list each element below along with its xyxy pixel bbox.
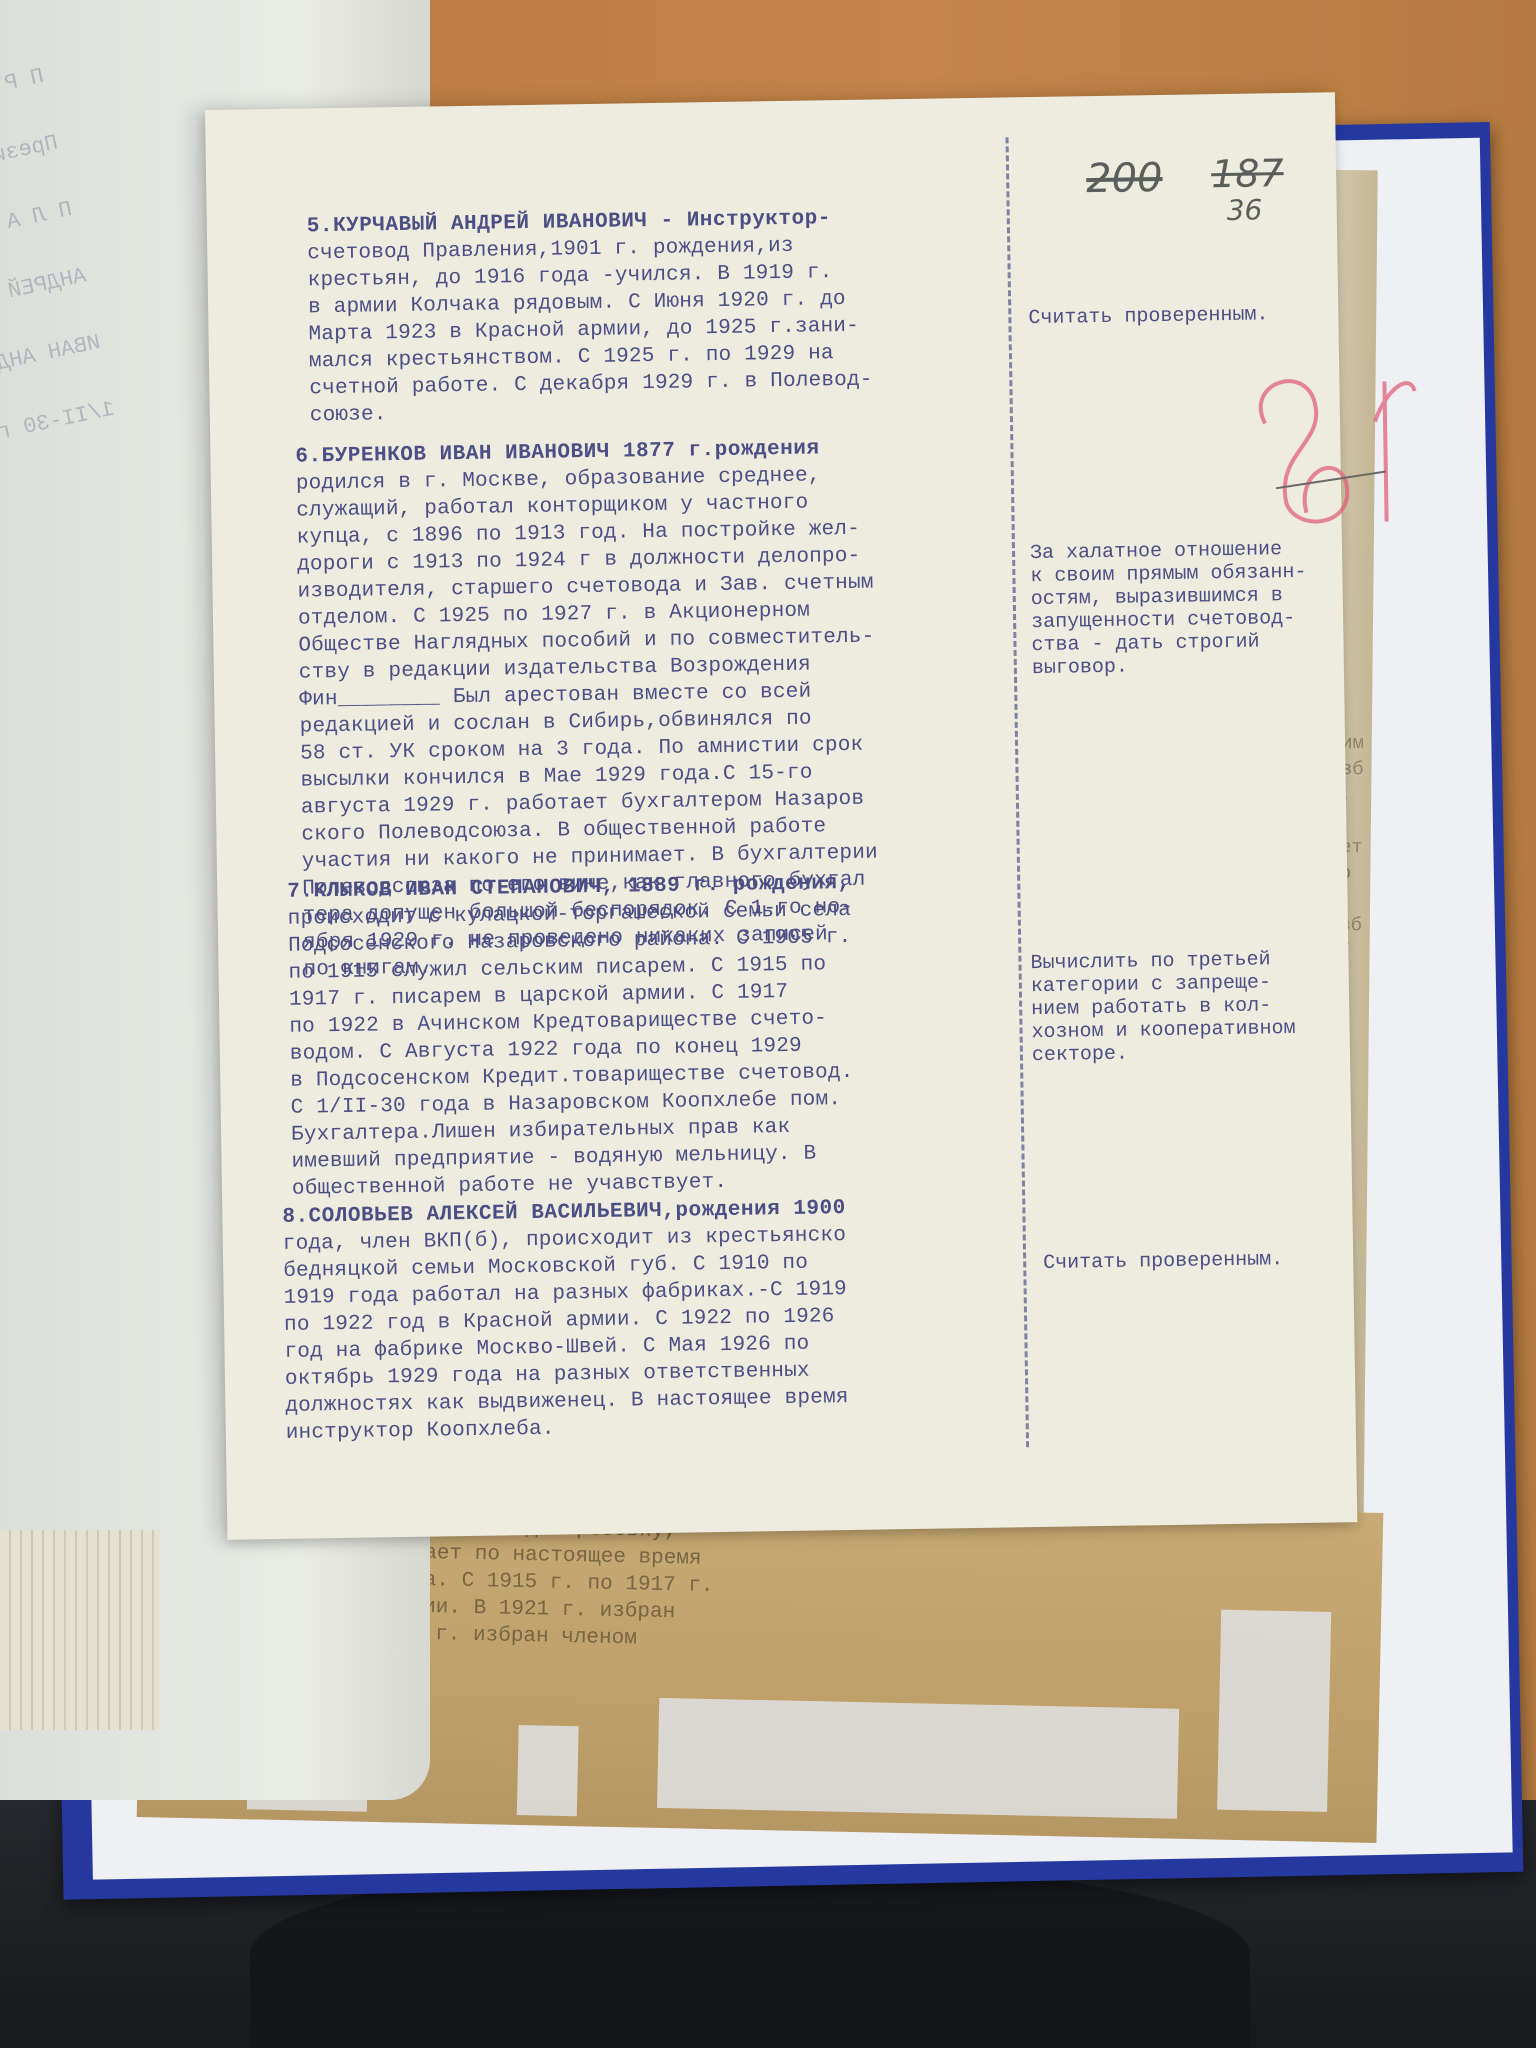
left-page-stack (0, 1530, 160, 1730)
decision-text-line: Считать проверенным. (1028, 302, 1338, 330)
decision-text-line: выговор. (1032, 652, 1342, 680)
decision-text-line: запущенности счетовод- (1031, 606, 1341, 634)
left-page-mirrored-text: П Р И Л О Ж Е Н И Е Президиум П Л А Н : … (0, 60, 118, 478)
column-divider (1006, 137, 1030, 1447)
decision-entry-5: Считать проверенным. (1028, 302, 1338, 330)
decision-text-line: секторе. (1032, 1039, 1342, 1067)
repair-tape (517, 1725, 579, 1816)
decision-text-line: хозном и кооперативном (1031, 1016, 1341, 1044)
pencil-page-number: 36 (1226, 193, 1262, 227)
entry-7-klykov: 7.КЛЫКОВ ИВАН СТЕПАНОВИЧ, 1889 г. рожден… (287, 869, 892, 1202)
repair-tape (657, 1698, 1179, 1819)
pencil-number-crossed-1: 200 (1086, 155, 1163, 202)
pencil-number-crossed-2: 187 (1211, 151, 1284, 196)
entry-5-kurchavy: 5.КУРЧАВЫЙ АНДРЕЙ ИВАНОВИЧ - Инструктор-… (307, 204, 910, 429)
red-pencil-mark-icon (1234, 360, 1457, 543)
decision-entry-7: Вычислить по третьейкатегории с запреще-… (1030, 947, 1342, 1067)
decision-text-line: к своим прямым обязанн- (1030, 560, 1340, 588)
repair-tape (1217, 1610, 1331, 1812)
decision-entry-6: За халатное отношениек своим прямым обяз… (1030, 537, 1342, 680)
decision-text-line: Считать проверенным. (1043, 1247, 1353, 1275)
entry-8-solovyev: 8.СОЛОВЬЕВ АЛЕКСЕЙ ВАСИЛЬЕВИЧ,рождения 1… (282, 1194, 886, 1446)
decision-entry-8: Считать проверенным. (1043, 1247, 1353, 1275)
document-page: 200 187 36 5.КУРЧАВЫЙ АНДРЕЙ ИВАНОВИЧ - … (205, 92, 1357, 1540)
